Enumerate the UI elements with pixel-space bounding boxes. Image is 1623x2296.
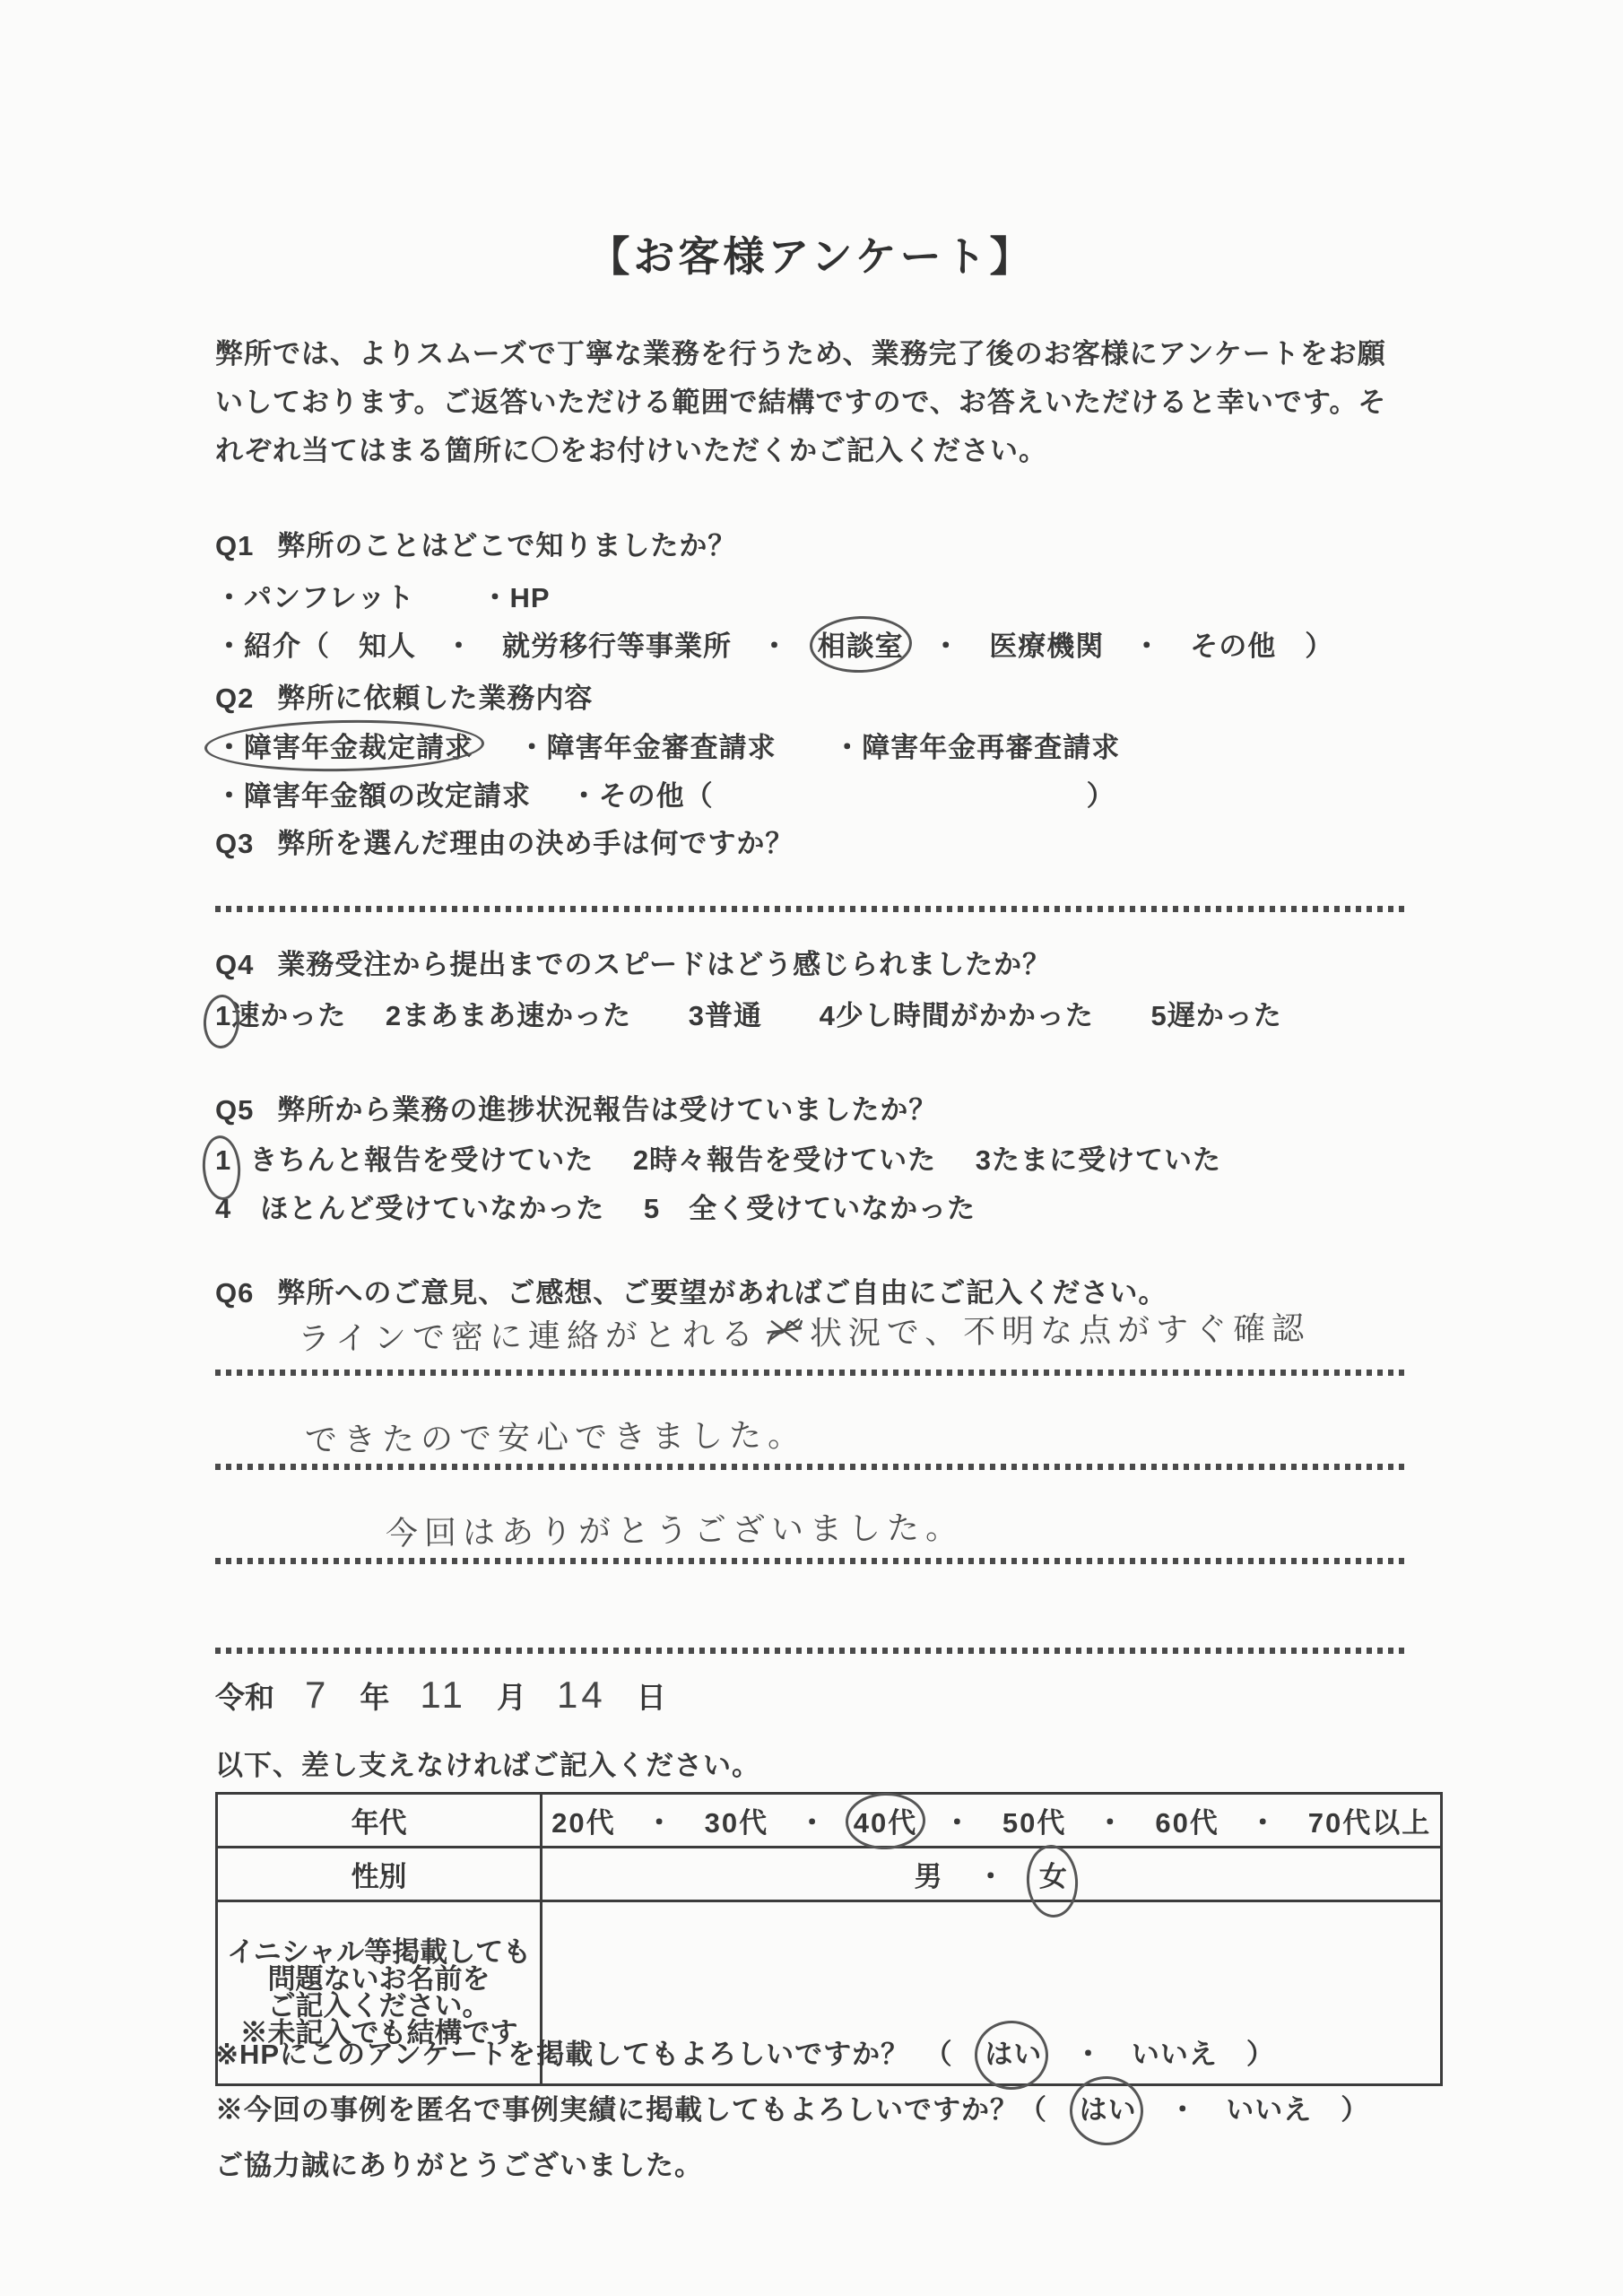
era-label: 令和: [215, 1681, 274, 1714]
q4-options: 1速かった 2まあまあ速かった 3普通 4少し時間がかかった 5遅かった: [215, 993, 1282, 1033]
gender-row: 性別 男 ・ 女: [217, 1848, 1442, 1901]
q4-option4: 4少し時間がかかった: [820, 1000, 1094, 1031]
case-publish-question: ※今回の事例を匿名で事例実績に掲載してもよろしいですか？（ はい ・ いいえ ）: [215, 2087, 1369, 2127]
q4-number: Q4: [215, 949, 254, 980]
q4-option2: 2まあまあ速かった: [386, 1000, 631, 1031]
scribbled-out-character: [765, 1314, 804, 1350]
q3-number: Q3: [215, 828, 254, 859]
q6-handwritten-line1: ラインで密に連絡がとれる状況で、不明な点がすぐ確認: [298, 1303, 1311, 1360]
q5-option5: 5 全く受けていなかった: [644, 1193, 976, 1224]
q6-text: 弊所へのご意見、ご感想、ご要望があればご自由にご記入ください。: [277, 1277, 1167, 1309]
thanks-message: ご協力誠にありがとうございました。: [215, 2143, 703, 2183]
q5-text: 弊所から業務の進捗状況報告は受けていましたか？: [277, 1094, 937, 1126]
q5-option1-number: 1: [215, 1144, 231, 1176]
q2-question: Q2弊所に依頼した業務内容: [215, 675, 593, 716]
case-answer-yes: はい: [1080, 2094, 1137, 2126]
q2-option-saitei: ・障害年金裁定請求: [215, 732, 473, 763]
gender-circled-answer: 女: [1039, 1854, 1069, 1894]
q1-options-row2: ・紹介（ 知人 ・ 就労移行等事業所 ・ 相談室 ・ 医療機関 ・ その他 ）: [215, 623, 1333, 664]
q5-circled-answer: 1: [215, 1144, 231, 1177]
handwritten-month: 11: [420, 1674, 466, 1716]
q5-option4: 4 ほとんど受けていなかった: [215, 1193, 604, 1224]
gender-separator: ・: [976, 1861, 1006, 1892]
age-row: 年代 20代 ・ 30代 ・ 40代 ・ 50代 ・ 60代 ・ 70代以上: [217, 1794, 1442, 1848]
scanned-survey-page: 【お客様アンケート】 弊所では、よりスムーズで丁寧な業務を行うため、業務完了後の…: [0, 0, 1623, 2296]
hp-question-rest: ・ いいえ ）: [1074, 2039, 1275, 2070]
q2-option-kaitei: ・障害年金額の改定請求: [215, 780, 531, 812]
q5-option3: 3たまに受けていた: [976, 1144, 1221, 1176]
age-options-prefix: 20代 ・ 30代 ・: [551, 1807, 828, 1839]
q4-question: Q4業務受注から提出までのスピードはどう感じられましたか？: [215, 942, 1051, 982]
handwriting-part1: ラインで密に連絡がとれる: [298, 1316, 759, 1357]
q1-option-hp: ・HP: [481, 582, 550, 613]
q2-options-row1: ・障害年金裁定請求 ・障害年金審査請求 ・障害年金再審査請求: [215, 725, 1120, 765]
q2-number: Q2: [215, 683, 254, 714]
day-unit: 日: [637, 1681, 666, 1714]
gender-option-male: 男: [915, 1861, 944, 1892]
q5-option2: 2時々報告を受けていた: [633, 1144, 936, 1176]
hp-publish-question: ※HPにこのアンケートを掲載してもよろしいですか？ （ はい ・ いいえ ）: [215, 2031, 1275, 2072]
gender-answer-female: 女: [1039, 1861, 1069, 1892]
hp-circled-answer: はい: [985, 2031, 1042, 2072]
q1-number: Q1: [215, 530, 254, 561]
handwritten-year: 7: [305, 1674, 329, 1716]
age-answer-40s: 40代: [854, 1807, 917, 1839]
q2-text: 弊所に依頼した業務内容: [277, 683, 593, 714]
hp-answer-yes: はい: [985, 2039, 1042, 2070]
name-label-line3: ご記入ください。: [227, 1993, 531, 2020]
q4-option3: 3普通: [689, 1000, 762, 1031]
q6-answer-line1: [215, 1370, 1408, 1376]
q5-options-row1: 1きちんと報告を受けていた 2時々報告を受けていた 3たまに受けていた: [215, 1137, 1221, 1178]
intro-paragraph: 弊所では、よりスムーズで丁寧な業務を行うため、業務完了後のお客様にアンケートをお…: [215, 330, 1408, 475]
q2-options-row2: ・障害年金額の改定請求 ・その他（ ）: [215, 773, 1115, 813]
survey-content: 【お客様アンケート】 弊所では、よりスムーズで丁寧な業務を行うため、業務完了後の…: [215, 224, 1408, 2242]
q3-question: Q3弊所を選んだ理由の決め手は何ですか？: [215, 821, 794, 861]
q6-handwritten-line2: できたので安心できました。: [305, 1410, 807, 1461]
q2-option-other: ・その他（ ）: [570, 780, 1115, 812]
age-label-cell: 年代: [217, 1794, 542, 1848]
q2-option-saishinsa: ・障害年金再審査請求: [833, 732, 1120, 763]
year-unit: 年: [360, 1681, 389, 1714]
q1-question: Q1弊所のことはどこで知りましたか？: [215, 523, 736, 563]
gender-label-cell: 性別: [217, 1848, 542, 1901]
q1-answer-soudanshitsu: 相談室: [818, 631, 904, 662]
q1-option-pamphlet: ・パンフレット: [215, 582, 414, 613]
month-unit: 月: [497, 1681, 526, 1714]
q4-option5: 5遅かった: [1151, 1000, 1282, 1031]
age-options-suffix: ・ 50代 ・ 60代 ・ 70代以上: [943, 1807, 1431, 1839]
handwriting-part2: 状況で、不明な点がすぐ確認: [810, 1309, 1311, 1352]
q4-option1-text: 速かった: [231, 1000, 346, 1031]
hp-question-text: ※HPにこのアンケートを掲載してもよろしいですか？ （: [215, 2039, 953, 2070]
page-title: 【お客様アンケート】: [215, 224, 1408, 283]
handwritten-day: 14: [557, 1674, 606, 1716]
q1-circled-answer: 相談室: [818, 623, 904, 664]
q6-number: Q6: [215, 1277, 254, 1309]
q4-option1-number: 1: [215, 1000, 231, 1031]
q5-question: Q5弊所から業務の進捗状況報告は受けていましたか？: [215, 1087, 937, 1127]
optional-note: 以下、差し支えなければご記入ください。: [215, 1743, 760, 1783]
name-label-line2: 問題ないお名前を: [227, 1966, 531, 1993]
case-question-rest: ・ いいえ ）: [1168, 2094, 1369, 2126]
name-label-line1: イニシャル等掲載しても: [227, 1939, 531, 1966]
q6-answer-line2: [215, 1464, 1408, 1470]
case-question-text: ※今回の事例を匿名で事例実績に掲載してもよろしいですか？（: [215, 2094, 1047, 2126]
q1-text: 弊所のことはどこで知りましたか？: [277, 530, 736, 561]
q4-circled-answer: 1: [215, 1000, 231, 1032]
q3-text: 弊所を選んだ理由の決め手は何ですか？: [277, 828, 794, 859]
q1-referral-prefix: ・紹介（ 知人 ・ 就労移行等事業所 ・: [215, 631, 789, 662]
q2-option-shinsa: ・障害年金審査請求: [518, 732, 777, 763]
q5-options-row2: 4 ほとんど受けていなかった 5 全く受けていなかった: [215, 1186, 976, 1226]
case-circled-answer: はい: [1080, 2087, 1137, 2127]
q6-answer-line3: [215, 1558, 1408, 1564]
q6-handwritten-line3: 今回はありがとうございました。: [386, 1502, 965, 1554]
q1-options-row1: ・パンフレット・HP: [215, 575, 551, 615]
age-circled-answer: 40代: [854, 1800, 917, 1840]
date-line: 令和7年11月14日: [215, 1674, 666, 1717]
gender-options-cell: 男 ・ 女: [542, 1848, 1442, 1901]
q5-number: Q5: [215, 1094, 254, 1126]
q6-question: Q6弊所へのご意見、ご感想、ご要望があればご自由にご記入ください。: [215, 1270, 1167, 1310]
q2-circled-answer: ・障害年金裁定請求: [215, 725, 473, 765]
q4-text: 業務受注から提出までのスピードはどう感じられましたか？: [277, 949, 1051, 980]
q3-answer-line: [215, 906, 1408, 912]
q5-option1-text: きちんと報告を受けていた: [249, 1144, 594, 1176]
q6-answer-line4: [215, 1648, 1408, 1654]
q1-referral-suffix: ・ 医療機関 ・ その他 ）: [932, 631, 1333, 662]
age-options-cell: 20代 ・ 30代 ・ 40代 ・ 50代 ・ 60代 ・ 70代以上: [542, 1794, 1442, 1848]
